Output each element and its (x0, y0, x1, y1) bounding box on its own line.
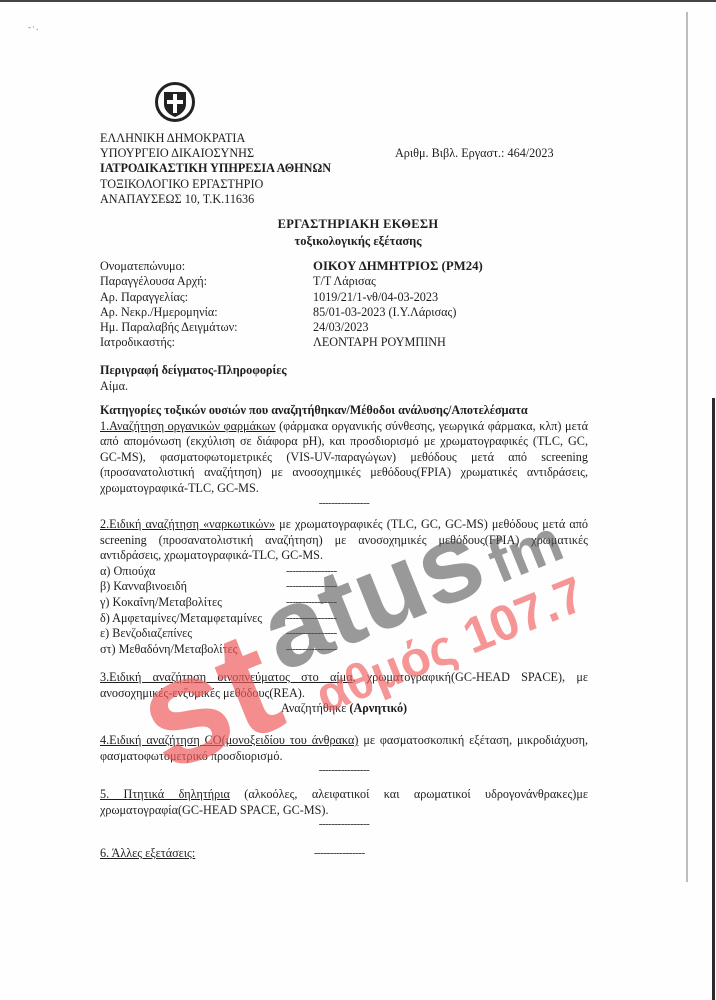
info-label: Παραγγέλουσα Αρχή: (100, 274, 313, 289)
page-margin-line (686, 12, 688, 882)
lab-book-number: Αριθμ. Βιβλ. Εργαστ.: 464/2023 (395, 146, 554, 161)
info-value: 1019/21/1-νθ/04-03-2023 (313, 290, 438, 305)
info-label: Ημ. Παραλαβής Δειγμάτων: (100, 320, 313, 335)
info-row: Παραγγέλουσα Αρχή: Τ/Τ Λάρισας (100, 274, 483, 289)
substance-label: δ) Αμφεταμίνες/Μεταμφεταμίνες (100, 611, 286, 627)
substance-result: ---------------- (286, 564, 337, 580)
narcotics-results-list: α) Οπιούχα ---------------- β) Κανναβινο… (100, 564, 588, 658)
header-line: ΕΛΛΗΝΙΚΗ ΔΗΜΟΚΡΑΤΙΑ (100, 131, 331, 146)
header-line: ΙΑΤΡΟΔΙΚΑΣΤΙΚΗ ΥΠΗΡΕΣΙΑ ΑΘΗΝΩΝ (100, 161, 331, 176)
result-row: β) Κανναβινοειδή ---------------- (100, 579, 588, 595)
ref-value: 464/2023 (508, 146, 554, 160)
document-page: -·. ΕΛΛΗΝΙΚΗ ΔΗΜΟΚΡΑΤΙΑ ΥΠΟΥΡΓΕΙΟ ΔΙΚΑΙΟ… (0, 0, 716, 1000)
substance-result: ---------------- (286, 611, 337, 627)
section-5-title: 5. Πτητικά δηλητήρια (100, 787, 230, 801)
scan-top-edge (0, 0, 716, 2)
header-line: ΥΠΟΥΡΓΕΙΟ ΔΙΚΑΙΟΣΥΝΗΣ (100, 146, 331, 161)
ref-label: Αριθμ. Βιβλ. Εργαστ.: (395, 146, 504, 160)
info-row: Αρ. Παραγγελίας: 1019/21/1-νθ/04-03-2023 (100, 290, 483, 305)
header-line: ΤΟΞΙΚΟΛΟΓΙΚΟ ΕΡΓΑΣΤΗΡΙΟ (100, 177, 331, 192)
section-1-title: 1.Αναζήτηση οργανικών φαρμάκων (100, 419, 276, 433)
substance-result: ---------------- (286, 642, 337, 658)
alcohol-result: Αναζητήθηκε (Αρνητικό) (100, 701, 588, 717)
section-6-title: 6. Άλλες εξετάσεις: (100, 846, 314, 862)
info-row: Ημ. Παραλαβής Δειγμάτων: 24/03/2023 (100, 320, 483, 335)
info-value: 85/01-03-2023 (Ι.Υ.Λάρισας) (313, 305, 456, 320)
substance-label: ε) Βενζοδιαζεπίνες (100, 626, 286, 642)
substance-label: στ) Μεθαδόνη/Μεταβολίτες (100, 642, 286, 658)
substance-label: γ) Κοκαΐνη/Μεταβολίτες (100, 595, 286, 611)
info-label: Αρ. Παραγγελίας: (100, 290, 313, 305)
result-row: γ) Κοκαΐνη/Μεταβολίτες ---------------- (100, 595, 588, 611)
substance-label: β) Κανναβινοειδή (100, 579, 286, 595)
result-row: α) Οπιούχα ---------------- (100, 564, 588, 580)
scan-right-edge (712, 398, 715, 1000)
header-line: ΑΝΑΠΑΥΣΕΩΣ 10, Τ.Κ.11636 (100, 192, 331, 207)
report-subtitle: τοξικολογικής εξέτασης (0, 234, 716, 249)
section-5-result: ---------------- (100, 818, 588, 830)
section-5: 5. Πτητικά δηλητήρια (αλκοόλες, αλειφατι… (100, 787, 588, 830)
categories-heading: Κατηγορίες τοξικών ουσιών που αναζητήθηκ… (100, 403, 588, 419)
section-3-title: 3.Ειδική αναζήτηση οινοπνεύματος στο αίμ… (100, 670, 353, 684)
section-2: 2.Ειδική αναζήτηση «ναρκωτικών» με χρωμα… (100, 517, 588, 657)
section-1-result: ---------------- (100, 497, 588, 509)
info-value: Τ/Τ Λάρισας (313, 274, 376, 289)
section-6-result: ---------------- (314, 846, 365, 862)
info-label: Ιατροδικαστής: (100, 335, 313, 350)
section-3: 3.Ειδική αναζήτηση οινοπνεύματος στο αίμ… (100, 670, 588, 717)
alcohol-result-prefix: Αναζητήθηκε (281, 701, 350, 715)
info-value: 24/03/2023 (313, 320, 369, 335)
info-value: ΟΙΚΟΥ ΔΗΜΗΤΡΙΟΣ (ΡΜ24) (313, 259, 483, 274)
sample-value: Αίμα. (100, 379, 588, 395)
info-row: Ονοματεπώνυμο: ΟΙΚΟΥ ΔΗΜΗΤΡΙΟΣ (ΡΜ24) (100, 259, 483, 274)
section-4-title: 4.Ειδική αναζήτηση CO(μονοξειδίου του άν… (100, 733, 358, 747)
result-row: στ) Μεθαδόνη/Μεταβολίτες ---------------… (100, 642, 588, 658)
info-row: Ιατροδικαστής: ΛΕΟΝΤΑΡΗ ΡΟΥΜΠΙΝΗ (100, 335, 483, 350)
report-title: ΕΡΓΑΣΤΗΡΙΑΚΗ ΕΚΘΕΣΗ (0, 217, 716, 232)
section-4-result: ---------------- (100, 764, 588, 776)
substance-result: ---------------- (286, 626, 337, 642)
alcohol-result-value: (Αρνητικό) (349, 701, 407, 715)
info-row: Αρ. Νεκρ./Ημερομηνία: 85/01-03-2023 (Ι.Υ… (100, 305, 483, 320)
section-1: Κατηγορίες τοξικών ουσιών που αναζητήθηκ… (100, 403, 588, 509)
info-label: Αρ. Νεκρ./Ημερομηνία: (100, 305, 313, 320)
greek-emblem-icon (155, 82, 195, 122)
substance-label: α) Οπιούχα (100, 564, 286, 580)
substance-result: ---------------- (286, 595, 337, 611)
sample-heading: Περιγραφή δείγματος-Πληροφορίες (100, 363, 588, 379)
info-value: ΛΕΟΝΤΑΡΗ ΡΟΥΜΠΙΝΗ (313, 335, 446, 350)
substance-result: ---------------- (286, 579, 337, 595)
result-row: δ) Αμφεταμίνες/Μεταμφεταμίνες ----------… (100, 611, 588, 627)
scan-artifact: -·. (28, 22, 39, 32)
section-2-title: 2.Ειδική αναζήτηση «ναρκωτικών» (100, 517, 275, 531)
section-6: 6. Άλλες εξετάσεις: ---------------- (100, 846, 588, 862)
section-4: 4.Ειδική αναζήτηση CO(μονοξειδίου του άν… (100, 733, 588, 776)
info-label: Ονοματεπώνυμο: (100, 259, 313, 274)
case-info-table: Ονοματεπώνυμο: ΟΙΚΟΥ ΔΗΜΗΤΡΙΟΣ (ΡΜ24) Πα… (100, 259, 483, 351)
result-row: ε) Βενζοδιαζεπίνες ---------------- (100, 626, 588, 642)
sample-section: Περιγραφή δείγματος-Πληροφορίες Αίμα. (100, 363, 588, 394)
issuer-header: ΕΛΛΗΝΙΚΗ ΔΗΜΟΚΡΑΤΙΑ ΥΠΟΥΡΓΕΙΟ ΔΙΚΑΙΟΣΥΝΗ… (100, 131, 331, 207)
